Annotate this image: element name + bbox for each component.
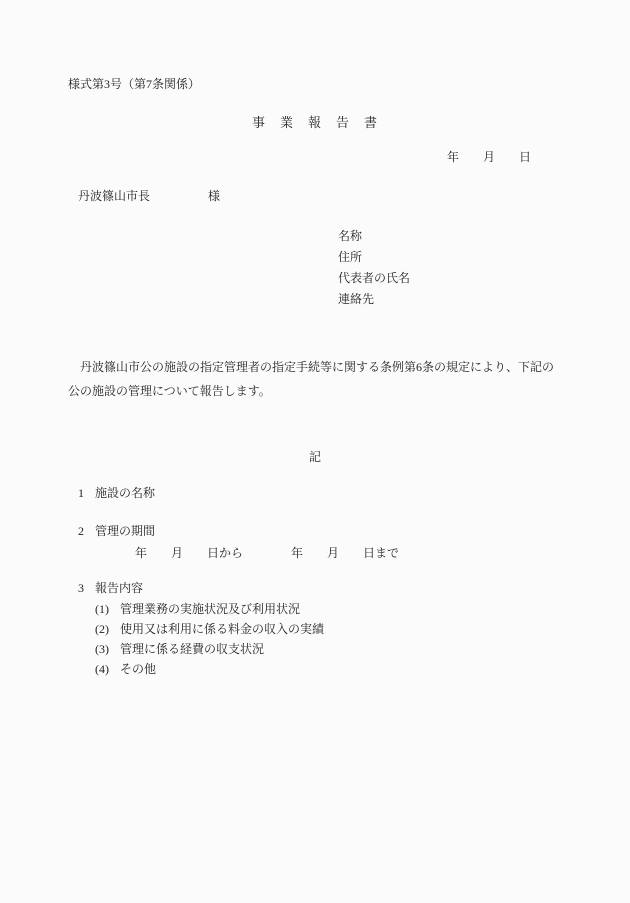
date-placeholder: 年 月 日 — [447, 151, 531, 163]
item-number: 1 — [78, 487, 95, 499]
body-paragraph: 丹波篠山市公の施設の指定管理者の指定手続等に関する条例第6条の規定により、下記の… — [68, 355, 573, 403]
subitem-other: (4)その他 — [95, 663, 156, 675]
item-report-contents: 3報告内容 — [78, 582, 143, 594]
subitem-number: (2) — [95, 623, 120, 635]
form-number: 様式第3号（第7条関係） — [68, 78, 200, 90]
addressee-line: 丹波篠山市長 様 — [78, 190, 220, 202]
item-label: 施設の名称 — [95, 486, 155, 500]
management-period-placeholder: 年 月 日から 年 月 日まで — [135, 547, 399, 559]
item-label: 報告内容 — [95, 581, 143, 595]
document-page: 様式第3号（第7条関係） 事 業 報 告 書 年 月 日 丹波篠山市長 様 名称… — [0, 0, 630, 903]
subitem-expense-balance: (3)管理に係る経費の収支状況 — [95, 643, 264, 655]
applicant-field-contact: 連絡先 — [338, 289, 410, 310]
record-heading: 記 — [0, 451, 630, 463]
applicant-field-name: 名称 — [338, 226, 410, 247]
subitem-label: 管理に係る経費の収支状況 — [120, 642, 264, 656]
subitem-number: (4) — [95, 663, 120, 675]
subitem-label: 使用又は利用に係る料金の収入の実績 — [120, 622, 324, 636]
item-number: 2 — [78, 525, 95, 537]
item-facility-name: 1施設の名称 — [78, 487, 155, 499]
item-management-period: 2管理の期間 — [78, 525, 155, 537]
addressee-honorific: 様 — [208, 189, 220, 203]
applicant-field-address: 住所 — [338, 247, 410, 268]
document-title: 事 業 報 告 書 — [0, 116, 630, 129]
subitem-label: 管理業務の実施状況及び利用状況 — [120, 602, 300, 616]
subitem-number: (1) — [95, 603, 120, 615]
subitem-number: (3) — [95, 643, 120, 655]
applicant-fields: 名称 住所 代表者の氏名 連絡先 — [338, 226, 410, 310]
subitem-fee-income: (2)使用又は利用に係る料金の収入の実績 — [95, 623, 324, 635]
applicant-field-representative: 代表者の氏名 — [338, 268, 410, 289]
subitem-implementation-status: (1)管理業務の実施状況及び利用状況 — [95, 603, 300, 615]
item-number: 3 — [78, 582, 95, 594]
item-label: 管理の期間 — [95, 524, 155, 538]
addressee-name: 丹波篠山市長 — [78, 189, 150, 203]
subitem-label: その他 — [120, 662, 156, 676]
